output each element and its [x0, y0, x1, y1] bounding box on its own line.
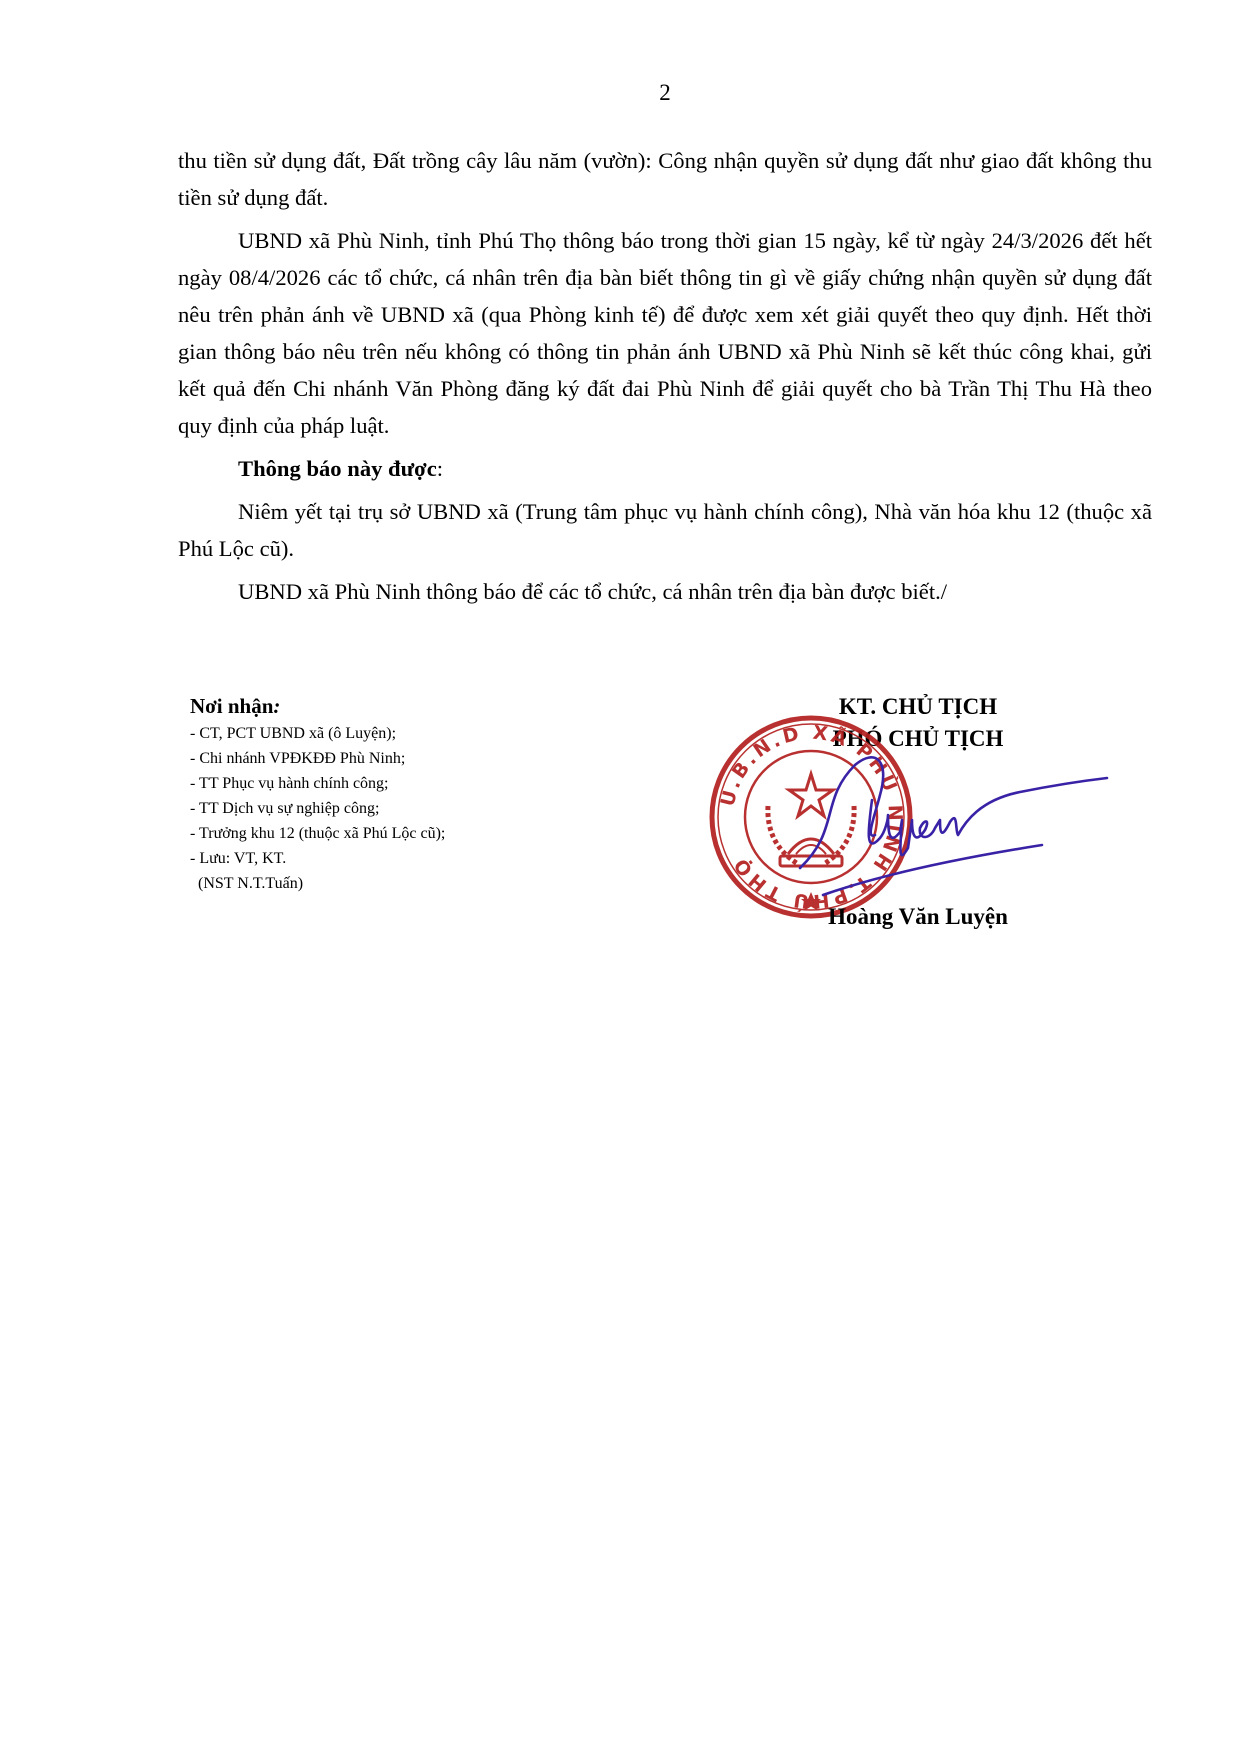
paragraph-continuation: thu tiền sử dụng đất, Đất trồng cây lâu …: [178, 142, 1152, 216]
paragraph-notice-period: UBND xã Phù Ninh, tỉnh Phú Thọ thông báo…: [178, 222, 1152, 444]
drafter-note: (NST N.T.Tuấn): [190, 871, 610, 896]
recipients-list: - CT, PCT UBND xã (ô Luyện); - Chi nhánh…: [190, 721, 610, 896]
recipient-item: - CT, PCT UBND xã (ô Luyện);: [190, 721, 610, 746]
recipient-item: - Chi nhánh VPĐKĐĐ Phù Ninh;: [190, 746, 610, 771]
handwritten-signature-icon: Luyen: [780, 740, 1140, 920]
recipients-title: Nơi nhận:: [190, 693, 610, 719]
svg-text:Luyen: Luyen: [780, 740, 783, 741]
recipient-item: - TT Dịch vụ sự nghiệp công;: [190, 796, 610, 821]
recipients-block: Nơi nhận: - CT, PCT UBND xã (ô Luyện); -…: [190, 693, 610, 896]
paragraph-posting-location: Niêm yết tại trụ sở UBND xã (Trung tâm p…: [178, 493, 1152, 567]
paragraph-closing: UBND xã Phù Ninh thông báo để các tổ chứ…: [178, 573, 1152, 610]
notice-body: thu tiền sử dụng đất, Đất trồng cây lâu …: [178, 142, 1152, 616]
posting-heading: Thông báo này được: [238, 456, 437, 481]
signer-name: Hoàng Văn Luyện: [760, 903, 1076, 931]
recipient-item: - Lưu: VT, KT.: [190, 846, 610, 871]
recipient-item: - TT Phục vụ hành chính công;: [190, 771, 610, 796]
recipient-item: - Trưởng khu 12 (thuộc xã Phú Lộc cũ);: [190, 821, 610, 846]
page-number: 2: [0, 80, 1241, 106]
paragraph-heading: Thông báo này được:: [178, 450, 1152, 487]
